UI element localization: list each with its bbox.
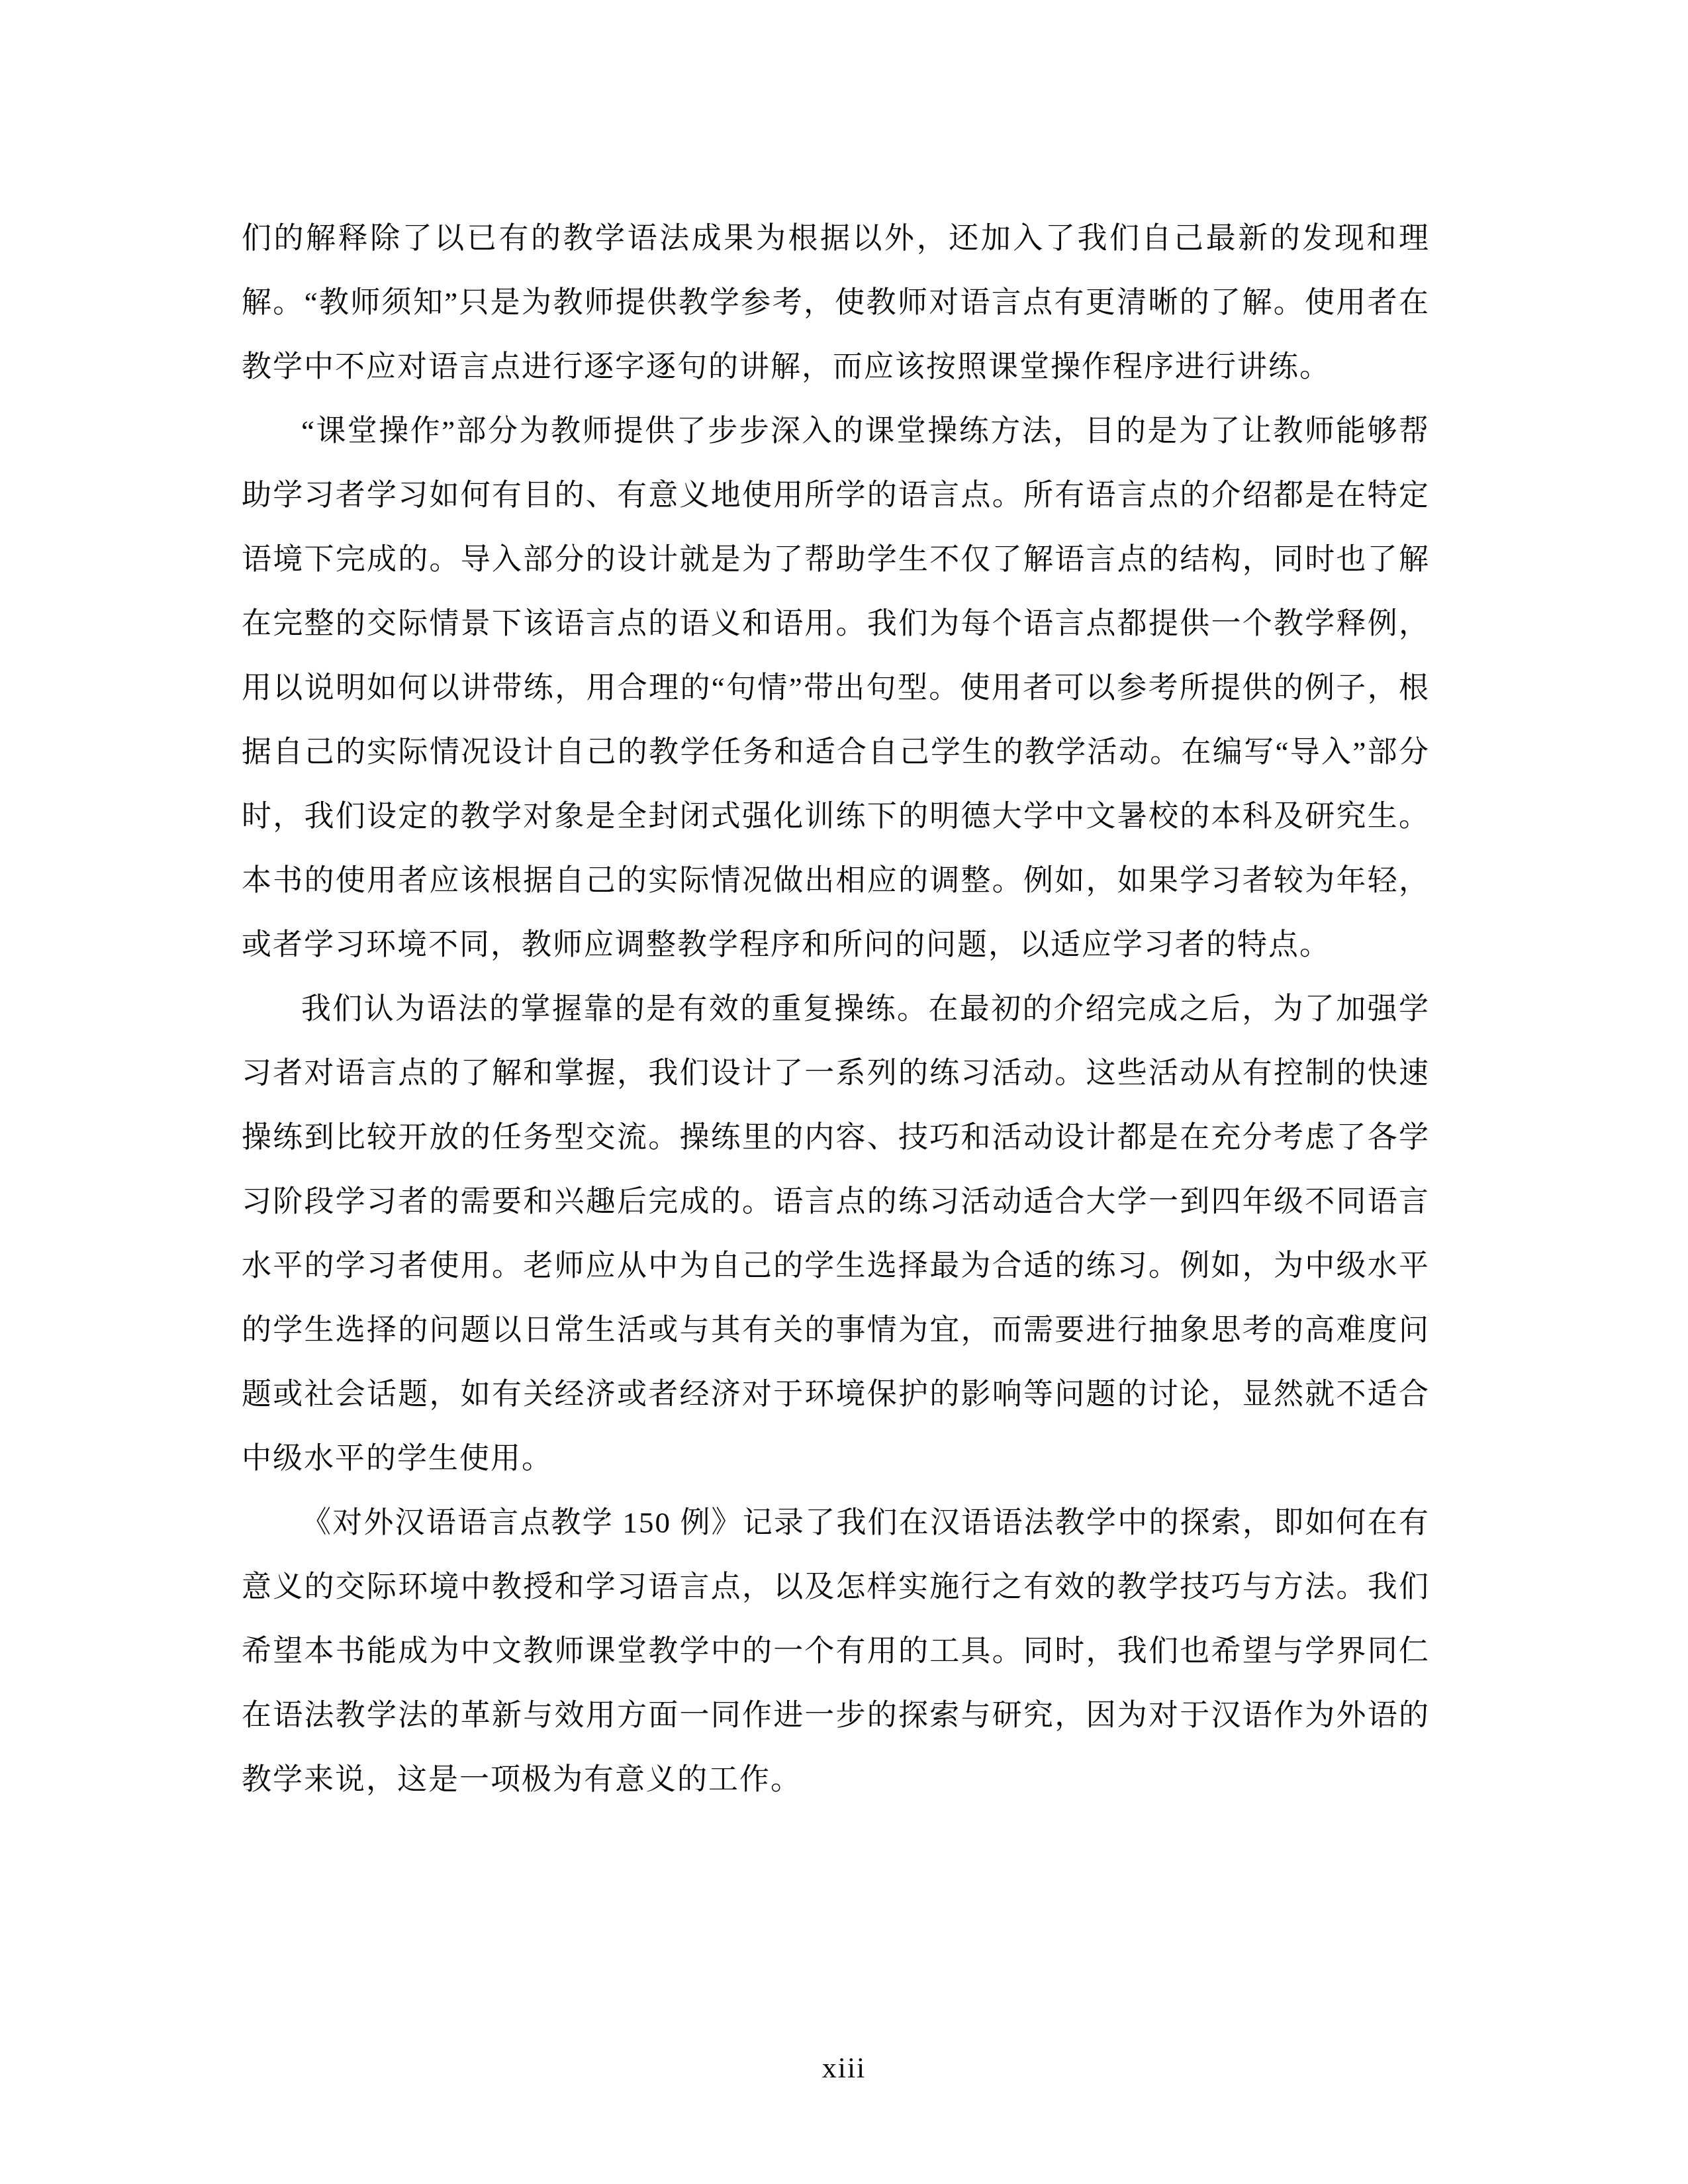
paragraph-continuation: 们的解释除了以已有的教学语法成果为根据以外，还加入了我们自己最新的发现和理解。“… <box>242 207 1430 399</box>
text-block: 们的解释除了以已有的教学语法成果为根据以外，还加入了我们自己最新的发现和理解。“… <box>242 207 1430 1812</box>
page-number: xiii <box>0 2051 1688 2085</box>
document-page: 们的解释除了以已有的教学语法成果为根据以外，还加入了我们自己最新的发现和理解。“… <box>0 0 1688 2184</box>
paragraph-grammar-practice: 我们认为语法的掌握靠的是有效的重复操练。在最初的介绍完成之后，为了加强学习者对语… <box>242 977 1430 1491</box>
paragraph-closing: 《对外汉语语言点教学 150 例》记录了我们在汉语语法教学中的探索，即如何在有意… <box>242 1491 1430 1812</box>
paragraph-classroom-operation: “课堂操作”部分为教师提供了步步深入的课堂操练方法，目的是为了让教师能够帮助学习… <box>242 399 1430 977</box>
